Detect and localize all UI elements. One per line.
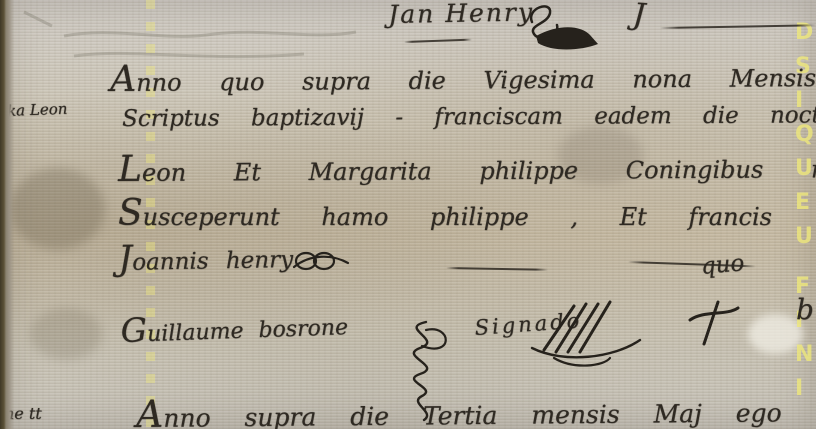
body-line: Scriptus baptizavij - franciscam eadem d… bbox=[122, 104, 816, 131]
stray-letter: J bbox=[632, 0, 646, 31]
paraph-flourish-icon bbox=[524, 0, 609, 52]
body-line: Leon Et Margarita philippe Coningibus m bbox=[118, 148, 816, 188]
watermark-letter: N bbox=[795, 344, 816, 366]
body-line: Anno quo supra die Vigesima nona Mensis … bbox=[110, 57, 816, 98]
edge-fragment: b bbox=[796, 296, 814, 324]
infinity-flourish-icon bbox=[292, 250, 350, 276]
watermark-letter: E bbox=[795, 192, 816, 214]
stain bbox=[10, 168, 105, 250]
binding-edge bbox=[0, 0, 14, 429]
fill-dash bbox=[446, 267, 548, 271]
tally-strokes-icon bbox=[512, 300, 644, 374]
manuscript-scan: D S I Q U E U F I N I Jan Henry J Anno q… bbox=[0, 0, 816, 429]
header-rule bbox=[660, 24, 816, 29]
cross-mark-icon bbox=[686, 298, 742, 348]
watermark-letter: U bbox=[795, 226, 816, 248]
witness-signature: Guillaume bosrone bbox=[120, 306, 348, 347]
stain bbox=[30, 308, 102, 360]
body-line: Susceperunt hamo philippe , Et francis bbox=[118, 196, 772, 232]
body-line: Joannis henry bbox=[118, 239, 293, 277]
bottom-line: Anno supra die Tertia mensis Maj ego bap… bbox=[136, 390, 816, 429]
header-name: Jan Henry bbox=[388, 0, 534, 27]
right-fragment: quo bbox=[700, 252, 745, 279]
name-underline bbox=[404, 39, 472, 43]
